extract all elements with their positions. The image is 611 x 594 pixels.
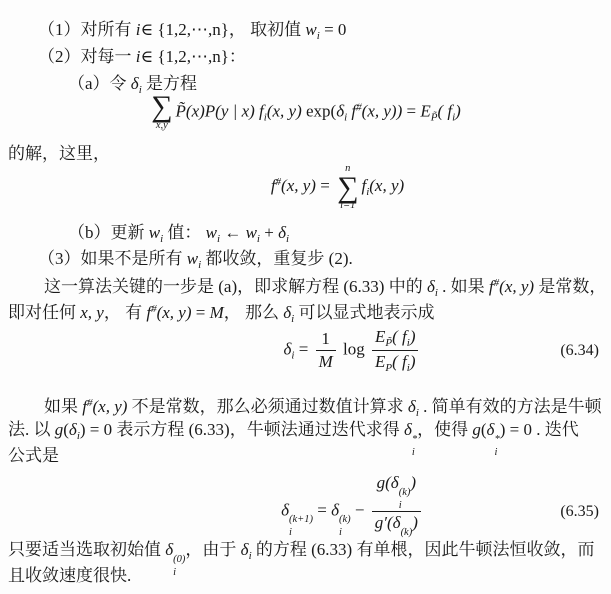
math-var-g: g [55,420,64,439]
math-scripts-k-i: (k)i [339,515,351,538]
math-sub-i: i [339,528,342,539]
math-var-delta: δ [427,277,435,296]
text-run: 都收敛，重复步 (2). [201,249,353,268]
fraction-one-over-M: 1M [316,328,336,373]
math-var-g: g [472,420,481,439]
math-run: (x, y)) [362,101,403,120]
math-var-w: w [246,223,257,242]
math-expression: f#(x, y) = n∑i=1fi(x, y) [271,163,404,212]
text-run: . 如果 [438,277,489,296]
math-sup-k: (k) [339,515,351,526]
text-run: （a）令 [68,74,131,93]
fraction-numerator: 1 [318,328,333,350]
math-sub-i: i [412,448,415,459]
math-var-delta: δ [487,420,495,439]
math-var-delta: δ [331,500,339,519]
math-run: ( f [392,327,407,346]
math-sup-zero: (0) [173,555,185,566]
math-var-delta: δ [69,420,77,439]
text-run: （3）如果不是所有 [38,249,187,268]
algorithm-step-2: （2）对每一 i∈ {1,2,⋯,n}： [38,45,246,68]
equation-number-635: (6.35) [560,503,599,521]
fraction-denominator: M [316,350,336,373]
math-run: x, y [80,303,104,322]
text-run: 这一算法关键的一步是 (a)，即求解方程 (6.33) 中的 [44,277,427,296]
math-var-delta: δ [165,540,173,559]
math-var-delta: δ [393,513,401,532]
text-run: 可以显式地表示成 [294,303,434,322]
text-run: 如果 [44,397,82,416]
math-plus: + [260,223,278,242]
math-run: ) [455,101,461,120]
math-set: {1,2,⋯,n} [157,47,229,66]
math-var-E: E [420,101,430,120]
fraction-numerator: g(δ(k)i) [374,472,419,511]
text-run: （b）更新 [68,223,149,242]
text-run: ) = 0 . 迭代 [500,420,579,439]
text-run: 法. 以 [8,420,55,439]
math-run: g′( [375,513,393,532]
equation-fsharp-definition: f#(x, y) = n∑i=1fi(x, y) [8,163,601,212]
fraction-denominator: EP( fi) [372,350,419,375]
math-run: ) [410,327,416,346]
paragraph-newton-line-2: 法. 以 g(δi) = 0 表示方程 (6.33)，牛顿法通过迭代求得 δ*i… [8,418,579,458]
math-run: ) [410,352,416,371]
math-sup-k: (k) [399,488,411,499]
math-minus: − [351,500,369,519]
text-run: 的解，这里， [8,144,110,163]
math-sup-k-plus-1: (k+1) [289,515,313,526]
math-var-E: E [375,352,385,371]
text-run: 不是常数，那么必须通过数值计算求 [127,397,408,416]
math-var-delta: δ [336,101,344,120]
punctuation: ： [229,47,246,66]
math-equals: = [313,500,331,519]
math-var-delta: δ [281,500,289,519]
math-var-w: w [149,223,160,242]
sum-lower-limit: i=1 [340,200,355,212]
math-sub-i: i [286,233,289,245]
math-var-delta: δ [283,303,291,322]
text-run: 且收敛速度很快. [8,566,131,585]
text-run: （2）对每一 [38,47,136,66]
book-page: （1）对所有 i∈ {1,2,⋯,n}， 取初值 wi = 0 （2）对每一 i… [0,0,611,594]
text-run: 的方程 (6.33) 有单根，因此牛顿法恒收敛，而 [252,540,595,559]
math-run: ) = 0 [80,420,112,439]
math-run: (x, y) [499,277,534,296]
text-run: 是常数， [534,277,606,296]
text-run: ， 那么 [224,303,284,322]
math-scripts-k-i: (k)i [399,488,411,511]
text-run: 公式是 [8,446,59,465]
math-sub-i: i [399,501,402,512]
math-function-log: log [339,340,369,359]
math-run: (x, y) [281,176,316,195]
math-equals: = [192,303,210,322]
math-var-w: w [187,249,198,268]
text-run: ， 取初值 [229,20,306,39]
math-expression: ∑x,yP̃(x)P(y | x) fi(x, y) exp(δi f#(x, … [148,94,461,131]
text-run: 值： [163,223,206,242]
math-var-delta: δ [278,223,286,242]
sigma-glyph: ∑ [337,175,358,201]
text-run: 表示方程 (6.33)，牛顿法通过迭代求得 [112,420,404,439]
equation-634: δi = 1M log EP̃( fi)EP( fi) (6.34) [8,326,601,376]
sigma-glyph: ∑ [151,94,172,120]
sum-operator-icon: n∑i=1 [337,163,358,212]
math-sup-k: (k) [401,528,413,539]
sum-operator-icon: ∑x,y [151,94,172,131]
text-run: ，使得 [417,420,472,439]
math-var-w: w [206,223,217,242]
text-run: 只要适当选取初始值 [8,540,165,559]
paragraph-solution-here: 的解，这里， [8,142,110,165]
math-var-delta: δ [391,473,399,492]
math-scripts-0-i: (0)i [173,555,185,578]
math-sub-i: i [173,568,176,579]
text-run: 即对任何 [8,303,80,322]
math-expression: δi = 1M log EP̃( fi)EP( fi) [284,326,422,376]
math-sub-i: i [494,448,497,459]
math-var-w: w [305,20,316,39]
math-paren: ) [412,513,418,532]
math-run: ( f [392,352,407,371]
math-run: P̃(x)P(y | x) f [176,101,264,120]
math-var-delta: δ [404,420,412,439]
algorithm-step-1: （1）对所有 i∈ {1,2,⋯,n}， 取初值 wi = 0 [38,18,346,48]
math-equals: = [294,340,312,359]
math-var-delta: δ [241,540,249,559]
math-run: = 0 [320,20,347,39]
math-var-M: M [210,303,224,322]
math-symbol-in: ∈ [140,20,157,39]
math-equals: = [402,101,420,120]
sum-lower-limit: x,y [156,120,168,132]
math-run: (x, y) [92,397,127,416]
paragraph-convergence-line-2: 且收敛速度很快. [8,564,131,587]
math-var-f: f [347,101,356,120]
text-run: （1）对所有 [38,20,136,39]
paragraph-newton-line-3: 公式是 [8,444,59,467]
math-var-delta: δ [131,74,139,93]
math-equals: = [316,176,334,195]
text-run: ，由于 [185,540,240,559]
math-run: (x, y) [267,101,302,120]
math-arrow-left: ← [220,223,246,242]
math-run: (x, y) [369,176,404,195]
math-function-exp: exp( [302,101,336,120]
equation-iis-633: ∑x,yP̃(x)P(y | x) fi(x, y) exp(δi f#(x, … [8,94,601,131]
math-symbol-in: ∈ [140,47,157,66]
math-run: (x, y) [157,303,192,322]
fraction-expectations: EP̃( fi)EP( fi) [372,326,419,376]
fraction-numerator: EP̃( fi) [372,326,419,350]
equation-number-634: (6.34) [560,342,599,360]
math-run: ( f [437,101,452,120]
text-run: ， 有 [104,303,147,322]
math-set: {1,2,⋯,n} [157,20,229,39]
text-run: . 简单有效的方法是牛顿 [419,397,602,416]
math-paren: ) [410,473,416,492]
math-run: g( [377,473,391,492]
math-var-E: E [375,327,385,346]
math-sub-i: i [289,528,292,539]
math-var-delta: δ [408,397,416,416]
math-scripts-k1-i: (k+1)i [289,515,313,538]
